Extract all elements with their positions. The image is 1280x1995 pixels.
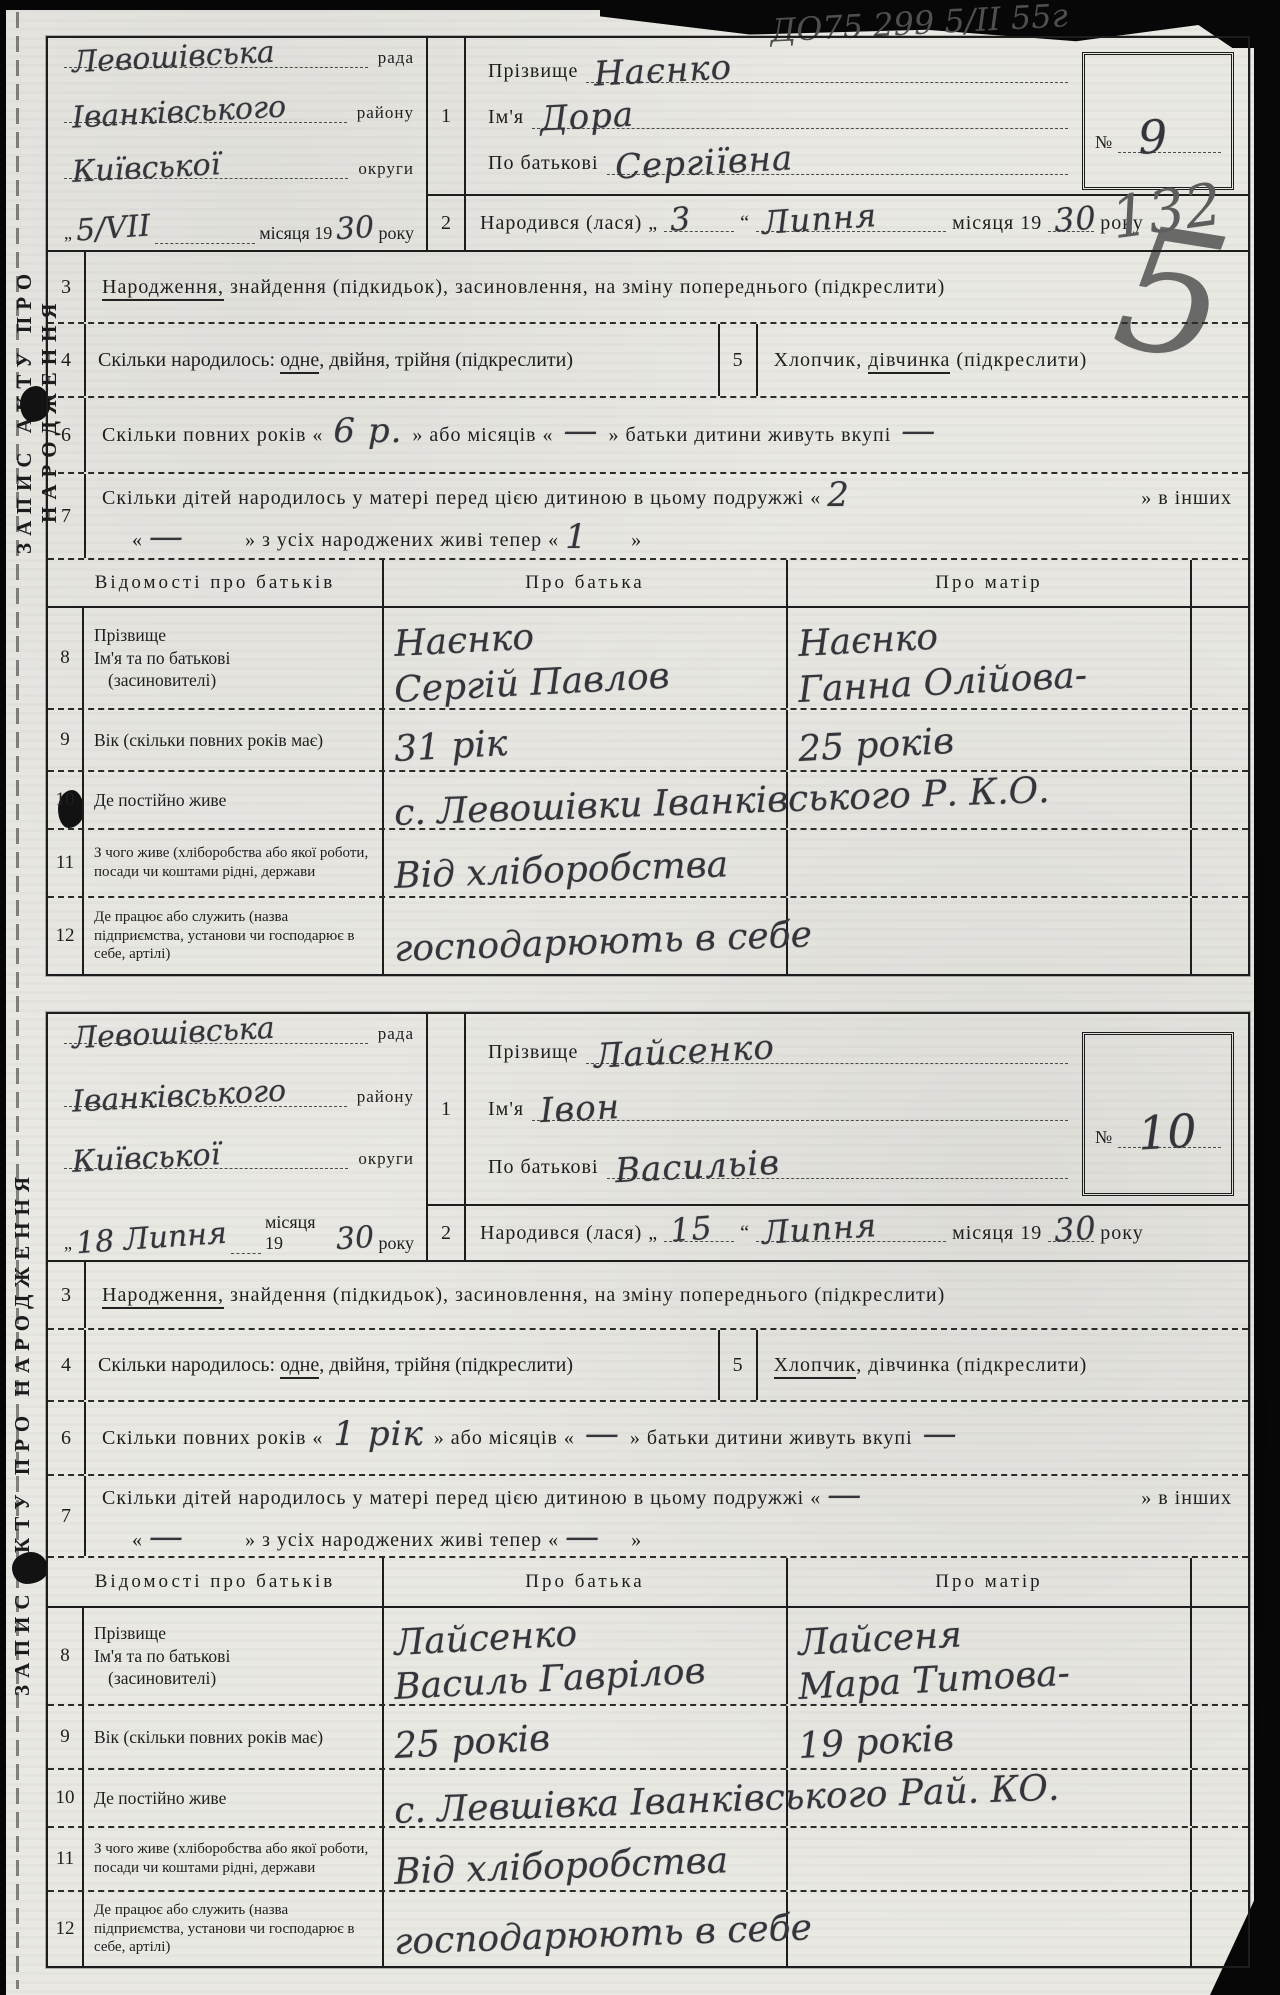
- council-label: рада: [374, 1024, 414, 1044]
- registration-year-value: 30: [335, 1223, 375, 1256]
- mother-name-cell: Лайсеня Мара Титова-: [788, 1608, 1192, 1704]
- item6-pre: Скільки повних років «: [102, 1425, 323, 1452]
- item4-underlined: одне: [280, 1354, 319, 1379]
- item8-row: 8 Прізвище Ім'я та по батькові (засинови…: [48, 608, 1248, 710]
- name-row: Ім'я Івон: [488, 1098, 1068, 1121]
- item12-number: 12: [48, 898, 84, 974]
- item6-mid: » або місяців «: [434, 1425, 575, 1452]
- registration-date-line: „ 5/VII місяця 19 30 року: [64, 214, 414, 244]
- mother-age-cell: 25 років: [788, 710, 1192, 770]
- district-fill-line: Іванківського: [64, 1092, 347, 1107]
- item4-rest: , двійня, трійня (підкреслити): [319, 349, 573, 371]
- birth-day-value: 15: [669, 1211, 714, 1246]
- patronymic-row: По батькові Васильів: [488, 1156, 1068, 1179]
- patronymic-fill: Сергіївна: [607, 160, 1068, 175]
- item6-mid: » або місяців «: [412, 422, 553, 449]
- council-value: Левошівська: [71, 1014, 275, 1055]
- birth-day-slot: 3: [664, 215, 734, 232]
- okruha-line: Київської округи: [64, 1149, 414, 1169]
- live-together-value: —: [901, 414, 936, 448]
- okruha-value: Київської: [71, 150, 221, 188]
- item2-number: 2: [428, 196, 466, 250]
- father-age-value: 31 рік: [393, 712, 776, 768]
- item5-rest: (підкреслити): [950, 1354, 1087, 1376]
- item9-number: 9: [48, 710, 84, 770]
- mother-age-cell: 19 років: [788, 1706, 1192, 1768]
- item12-row: 12 Де працює або служить (назва підприєм…: [48, 898, 1248, 974]
- item10-row: 10 Де постійно живе с. Левошівки Іванків…: [48, 772, 1248, 830]
- year-label: року: [379, 1233, 415, 1254]
- right-strip: [1192, 1770, 1248, 1826]
- surname-fill: Лайсенко: [586, 1049, 1068, 1064]
- item8-l1: Прізвище: [94, 1622, 372, 1645]
- right-strip: [1192, 1828, 1248, 1890]
- surname-row: Прізвище Лайсенко: [488, 1041, 1068, 1064]
- father-age-cell: 31 рік: [384, 710, 788, 770]
- right-strip: [1192, 772, 1248, 828]
- full-years-value: 6 р.: [333, 414, 402, 448]
- item10-number: 10: [48, 1770, 84, 1826]
- mother-age-value: 25 років: [797, 712, 1180, 768]
- right-strip: [1192, 608, 1248, 708]
- registration-date-line: „ 18 Липня місяця 19 30 року: [64, 1212, 414, 1254]
- birth-month-value: Липня: [761, 1209, 878, 1249]
- item12-label: Де працює або служить (назва підприємств…: [84, 1892, 384, 1966]
- item5-text: Хлопчик, дівчинка (підкреслити): [758, 1330, 1248, 1400]
- item8-number: 8: [48, 608, 84, 708]
- item3-number: 3: [48, 252, 86, 322]
- right-strip: [1192, 1608, 1248, 1704]
- item5-number: 5: [720, 324, 758, 396]
- record-number-line: № 10: [1095, 1127, 1221, 1148]
- header-mother: Про матір: [788, 560, 1192, 606]
- item3-text: Народження, знайдення (підкидьок), засин…: [86, 1262, 1248, 1328]
- item4-5-row: 4 Скільки народилось: одне, двійня, трій…: [48, 1330, 1248, 1402]
- okruha-fill-line: Київської: [64, 1154, 348, 1169]
- item7-close: »: [631, 527, 642, 554]
- name-fill: Дора: [532, 114, 1068, 129]
- birth-year-slot: 30: [1048, 1225, 1094, 1242]
- right-strip: [1192, 710, 1248, 770]
- item3-number: 3: [48, 1262, 86, 1328]
- form2-child-block: 1 Прізвище Лайсенко Ім'я Івон По батьков…: [428, 1014, 1248, 1260]
- form2-header: Левошівська рада Іванківського району Ки…: [48, 1014, 1248, 1262]
- item7-number: 7: [48, 474, 86, 558]
- quote-open: „: [648, 1222, 658, 1245]
- district-line: Іванківського району: [64, 103, 414, 123]
- item7-line1: Скільки дітей народилось у матері перед …: [102, 1478, 1232, 1512]
- right-strip: [1192, 898, 1248, 974]
- birth-year-value: 30: [1053, 1211, 1098, 1246]
- month-19-label: місяця 19: [952, 212, 1042, 235]
- item10-number: 10: [48, 772, 84, 828]
- item5-half: 5 Хлопчик, дівчинка (підкреслити): [720, 324, 1248, 396]
- okruha-line: Київської округи: [64, 159, 414, 179]
- birth-year-value: 30: [1053, 201, 1098, 236]
- quote-open: „: [648, 212, 658, 235]
- item3-rest: знайдення (підкидьок), засиновлення, на …: [224, 276, 945, 298]
- item6-row: 6 Скільки повних років « 1 рік » або міс…: [48, 1402, 1248, 1476]
- item5-boy-underlined: Хлопчик: [774, 1354, 857, 1379]
- year-label: року: [1100, 1222, 1143, 1245]
- district-label: району: [353, 1087, 414, 1107]
- item7-open: «: [132, 527, 143, 554]
- year-label: року: [379, 223, 415, 244]
- form1-header: Левошівська рада Іванківського району Ки…: [48, 38, 1248, 252]
- record-number-line: № 9: [1095, 132, 1221, 153]
- birth-year-slot: 30: [1048, 215, 1094, 232]
- item11-label: З чого живе (хліборобства або якої робот…: [84, 1828, 384, 1890]
- item6-number: 6: [48, 398, 86, 472]
- item6-pre: Скільки повних років «: [102, 422, 323, 449]
- header-info: Відомості про батьків: [48, 560, 384, 606]
- children-before-value: 2: [827, 478, 850, 512]
- item8-l2: Ім'я та по батькові: [94, 647, 372, 670]
- item5-rest: (підкреслити): [950, 349, 1087, 371]
- quote-close: “: [740, 1222, 750, 1245]
- item3-rest: знайдення (підкидьок), засиновлення, на …: [224, 1284, 945, 1306]
- number-sign: №: [1095, 132, 1112, 153]
- date-fill: [155, 229, 256, 244]
- item7-pre: Скільки дітей народилось у матері перед …: [102, 1485, 821, 1512]
- item7-mid: » з усіх народжених живі тепер «: [245, 1527, 559, 1554]
- item4-5-row: 4 Скільки народилось: одне, двійня, трій…: [48, 324, 1248, 398]
- item7-row: 7 Скільки дітей народилось у матері пере…: [48, 474, 1248, 560]
- birth-month-slot: Липня: [756, 1225, 946, 1242]
- item2-number: 2: [428, 1206, 466, 1260]
- item5-text: Хлопчик, дівчинка (підкреслити): [758, 324, 1248, 396]
- month-19-label: місяця 19: [265, 1212, 332, 1254]
- record-number-box: № 9 132: [1082, 52, 1234, 190]
- months-value: —: [563, 414, 598, 448]
- form2-council-block: Левошівська рада Іванківського району Ки…: [48, 1014, 428, 1260]
- item5-boy: Хлопчик: [774, 349, 857, 371]
- item7-mid: » з усіх народжених живі тепер «: [245, 527, 559, 554]
- district-value: Іванківського: [71, 1076, 287, 1117]
- council-fill-line: Левошівська: [64, 1029, 368, 1044]
- birth-month-slot: Липня: [756, 215, 946, 232]
- quote-open: „: [64, 1233, 72, 1254]
- item1-number: 1: [428, 38, 466, 194]
- okruha-value: Київської: [71, 1140, 221, 1178]
- record-number-value: 9: [1137, 113, 1169, 160]
- item6-number: 6: [48, 1402, 86, 1474]
- registration-year-value: 30: [335, 213, 375, 246]
- number-fill: 9: [1118, 142, 1221, 153]
- birth-month-value: Липня: [761, 199, 878, 239]
- alive-now-value: 1: [565, 520, 625, 554]
- item9-label: Вік (скільки повних років має): [84, 710, 384, 770]
- birth-record-form-2: Левошівська рада Іванківського району Ки…: [46, 1012, 1250, 1968]
- item5-girl-underlined: дівчинка: [868, 349, 950, 374]
- born-label: Народився (лася): [480, 1222, 642, 1245]
- item11-row: 11 З чого живе (хліборобства або якої ро…: [48, 1828, 1248, 1892]
- mother-name-cell: Наєнко Ганна Олійова-: [788, 608, 1192, 708]
- item9-number: 9: [48, 1706, 84, 1768]
- child-surname-value: Наєнко: [594, 50, 734, 91]
- name-label: Ім'я: [488, 1098, 524, 1121]
- item8-l2: Ім'я та по батькові: [94, 1645, 372, 1668]
- quote-open: „: [64, 223, 72, 244]
- item8-l3: (засиновителі): [94, 669, 372, 692]
- right-strip: [1192, 1892, 1248, 1966]
- right-strip: [1192, 830, 1248, 896]
- right-strip: [1192, 1706, 1248, 1768]
- okruha-label: округи: [354, 1149, 414, 1169]
- item3-underlined: Народження,: [102, 1284, 224, 1309]
- item5-comma: ,: [856, 349, 868, 371]
- mother-surname-value: Наєнко: [797, 607, 1180, 663]
- item7-inshyh: » в інших: [1141, 1485, 1232, 1512]
- alive-now-value: —: [565, 1520, 625, 1554]
- item7-open: «: [132, 1527, 143, 1554]
- item6-text: Скільки повних років « 1 рік » або місяц…: [86, 1402, 1248, 1474]
- born-label: Народився (лася): [480, 212, 642, 235]
- item6-post: » батьки дитини живуть вкупі: [630, 1425, 913, 1452]
- birth-day-slot: 15: [664, 1225, 734, 1242]
- item11-row: 11 З чого живе (хліборобства або якої ро…: [48, 830, 1248, 898]
- surname-fill: Наєнко: [586, 68, 1068, 83]
- patronymic-fill: Васильів: [607, 1164, 1068, 1179]
- parents-table-header: Відомості про батьків Про батька Про мат…: [48, 560, 1248, 608]
- council-label: рада: [374, 48, 414, 68]
- item6-row: 6 Скільки повних років « 6 р. » або міся…: [48, 398, 1248, 474]
- item4-number: 4: [48, 324, 86, 396]
- item7-pre: Скільки дітей народилось у матері перед …: [102, 485, 821, 512]
- item3-row: 3 Народження, знайдення (підкидьок), зас…: [48, 252, 1248, 324]
- name-fill: Івон: [532, 1106, 1068, 1121]
- born-line: Народився (лася) „ 15 “ Липня місяця 19 …: [466, 1206, 1248, 1260]
- item5-girl: дівчинка: [868, 1354, 950, 1376]
- item4-pre: Скільки народилось:: [98, 349, 280, 371]
- birth-day-value: 3: [669, 202, 693, 235]
- item4-text: Скільки народилось: одне, двійня, трійня…: [86, 324, 720, 396]
- district-label: району: [353, 103, 414, 123]
- birth-record-form-1: Левошівська рада Іванківського району Ки…: [46, 36, 1250, 976]
- item1-number: 1: [428, 1014, 466, 1204]
- item7-line2: « — » з усіх народжених живі тепер « 1 »: [102, 520, 1232, 554]
- okruha-fill-line: Київської: [64, 164, 348, 179]
- item8-row: 8 Прізвище Ім'я та по батькові (засинови…: [48, 1608, 1248, 1706]
- item7-text: Скільки дітей народилось у матері перед …: [86, 1476, 1248, 1556]
- district-line: Іванківського району: [64, 1087, 414, 1107]
- live-together-value: —: [923, 1417, 958, 1451]
- scanner-background-right: [1252, 0, 1280, 1995]
- item10-row: 10 Де постійно живе с. Левшівка Іванківс…: [48, 1770, 1248, 1828]
- child-patronymic-value: Сергіївна: [614, 141, 794, 184]
- item7-line2: « — » з усіх народжених живі тепер « — »: [102, 1520, 1232, 1554]
- item12-number: 12: [48, 1892, 84, 1966]
- item8-l1: Прізвище: [94, 624, 372, 647]
- header-strip: [1192, 1558, 1248, 1606]
- months-value: —: [585, 1417, 620, 1451]
- item12-label: Де працює або служить (назва підприємств…: [84, 898, 384, 974]
- item10-label: Де постійно живе: [84, 772, 384, 828]
- children-before-value: —: [827, 1478, 862, 1512]
- date-fill: [231, 1239, 261, 1254]
- number-sign: №: [1095, 1127, 1112, 1148]
- month-19-label: місяця 19: [952, 1222, 1042, 1245]
- father-name-cell: Наєнко Сергій Павлов: [384, 608, 788, 708]
- item9-label: Вік (скільки повних років має): [84, 1706, 384, 1768]
- patronymic-label: По батькові: [488, 152, 599, 175]
- item3-row: 3 Народження, знайдення (підкидьок), зас…: [48, 1262, 1248, 1330]
- item1-row: 1 Прізвище Наєнко Ім'я Дора По батькові …: [428, 38, 1248, 194]
- item7-line1: Скільки дітей народилось у матері перед …: [102, 478, 1232, 512]
- item7-inshyh: » в інших: [1141, 485, 1232, 512]
- full-years-value: 1 рік: [333, 1417, 423, 1451]
- parents-table-header: Відомості про батьків Про батька Про мат…: [48, 1558, 1248, 1608]
- district-value: Іванківського: [71, 93, 287, 134]
- item4-pre: Скільки народилось:: [98, 1354, 280, 1376]
- item8-label: Прізвище Ім'я та по батькові (засиновите…: [84, 1608, 384, 1704]
- form1-council-block: Левошівська рада Іванківського району Ки…: [48, 38, 428, 250]
- child-name-value: Дора: [539, 97, 635, 136]
- father-name-cell: Лайсенко Василь Гаврілов: [384, 1608, 788, 1704]
- okruha-label: округи: [354, 159, 414, 179]
- name-label: Ім'я: [488, 106, 524, 129]
- patronymic-label: По батькові: [488, 1156, 599, 1179]
- item10-label: Де постійно живе: [84, 1770, 384, 1826]
- item6-text: Скільки повних років « 6 р. » або місяці…: [86, 398, 1248, 472]
- item12-row: 12 Де працює або служить (назва підприєм…: [48, 1892, 1248, 1966]
- item11-number: 11: [48, 830, 84, 896]
- side-caption-form2: ЗАПИС АКТУ ПРО НАРОДЖЕННЯ: [10, 1160, 35, 1705]
- item7-text: Скільки дітей народилось у матері перед …: [86, 474, 1248, 558]
- item5-comma: ,: [856, 1354, 868, 1376]
- item9-row: 9 Вік (скільки повних років має) 31 рік …: [48, 710, 1248, 772]
- item4-underlined: одне: [280, 349, 319, 374]
- item3-text: Народження, знайдення (підкидьок), засин…: [86, 252, 1248, 322]
- item3-underlined: Народження,: [102, 276, 224, 301]
- father-age-value: 25 років: [393, 1709, 776, 1765]
- name-row: Ім'я Дора: [488, 106, 1068, 129]
- in-other-value: —: [149, 520, 239, 554]
- header-mother: Про матір: [788, 1558, 1192, 1606]
- surname-label: Прізвище: [488, 60, 578, 83]
- item5-number: 5: [720, 1330, 758, 1400]
- registration-date-value: 18 Липня: [75, 1219, 228, 1259]
- item11-number: 11: [48, 1828, 84, 1890]
- item6-post: » батьки дитини живуть вкупі: [608, 422, 891, 449]
- patronymic-row: По батькові Сергіївна: [488, 152, 1068, 175]
- child-patronymic-value: Васильів: [614, 1146, 781, 1189]
- item4-number: 4: [48, 1330, 86, 1400]
- item8-l3: (засиновителі): [94, 1667, 372, 1690]
- mother-age-value: 19 років: [797, 1709, 1180, 1765]
- number-fill: 10: [1118, 1137, 1221, 1148]
- item7-row: 7 Скільки дітей народилось у матері пере…: [48, 1476, 1248, 1558]
- item8-label: Прізвище Ім'я та по батькові (засиновите…: [84, 608, 384, 708]
- form1-child-block: 1 Прізвище Наєнко Ім'я Дора По батькові …: [428, 38, 1248, 250]
- surname-label: Прізвище: [488, 1041, 578, 1064]
- in-other-value: —: [149, 1520, 239, 1554]
- father-age-cell: 25 років: [384, 1706, 788, 1768]
- record-number-value: 10: [1137, 1107, 1198, 1156]
- header-strip: [1192, 560, 1248, 606]
- registration-date-value: 5/VII: [75, 211, 151, 246]
- quote-close: “: [740, 212, 750, 235]
- council-value: Левошівська: [71, 38, 275, 79]
- item4-rest: , двійня, трійня (підкреслити): [319, 1354, 573, 1376]
- item5-half: 5 Хлопчик, дівчинка (підкреслити): [720, 1330, 1248, 1400]
- item11-label: З чого живе (хліборобства або якої робот…: [84, 830, 384, 896]
- council-line: Левошівська рада: [64, 1024, 414, 1044]
- header-father: Про батька: [384, 1558, 788, 1606]
- father-surname-value: Наєнко: [393, 607, 776, 663]
- child-name-value: Івон: [539, 1090, 621, 1128]
- child-surname-value: Лайсенко: [594, 1030, 776, 1073]
- record-number-box: № 10: [1082, 1032, 1234, 1196]
- item4-text: Скільки народилось: одне, двійня, трійня…: [86, 1330, 720, 1400]
- item1-row: 1 Прізвище Лайсенко Ім'я Івон По батьков…: [428, 1014, 1248, 1204]
- month-19-label: місяця 19: [259, 223, 332, 244]
- council-line: Левошівська рада: [64, 48, 414, 68]
- item7-number: 7: [48, 1476, 86, 1556]
- header-info: Відомості про батьків: [48, 1558, 384, 1606]
- district-fill-line: Іванківського: [64, 108, 347, 123]
- header-father: Про батька: [384, 560, 788, 606]
- council-fill-line: Левошівська: [64, 53, 368, 68]
- item7-close: »: [631, 1527, 642, 1554]
- item8-number: 8: [48, 1608, 84, 1704]
- item2-row: 2 Народився (лася) „ 15 “ Липня місяця 1…: [428, 1204, 1248, 1260]
- item9-row: 9 Вік (скільки повних років має) 25 рокі…: [48, 1706, 1248, 1770]
- surname-row: Прізвище Наєнко: [488, 60, 1068, 83]
